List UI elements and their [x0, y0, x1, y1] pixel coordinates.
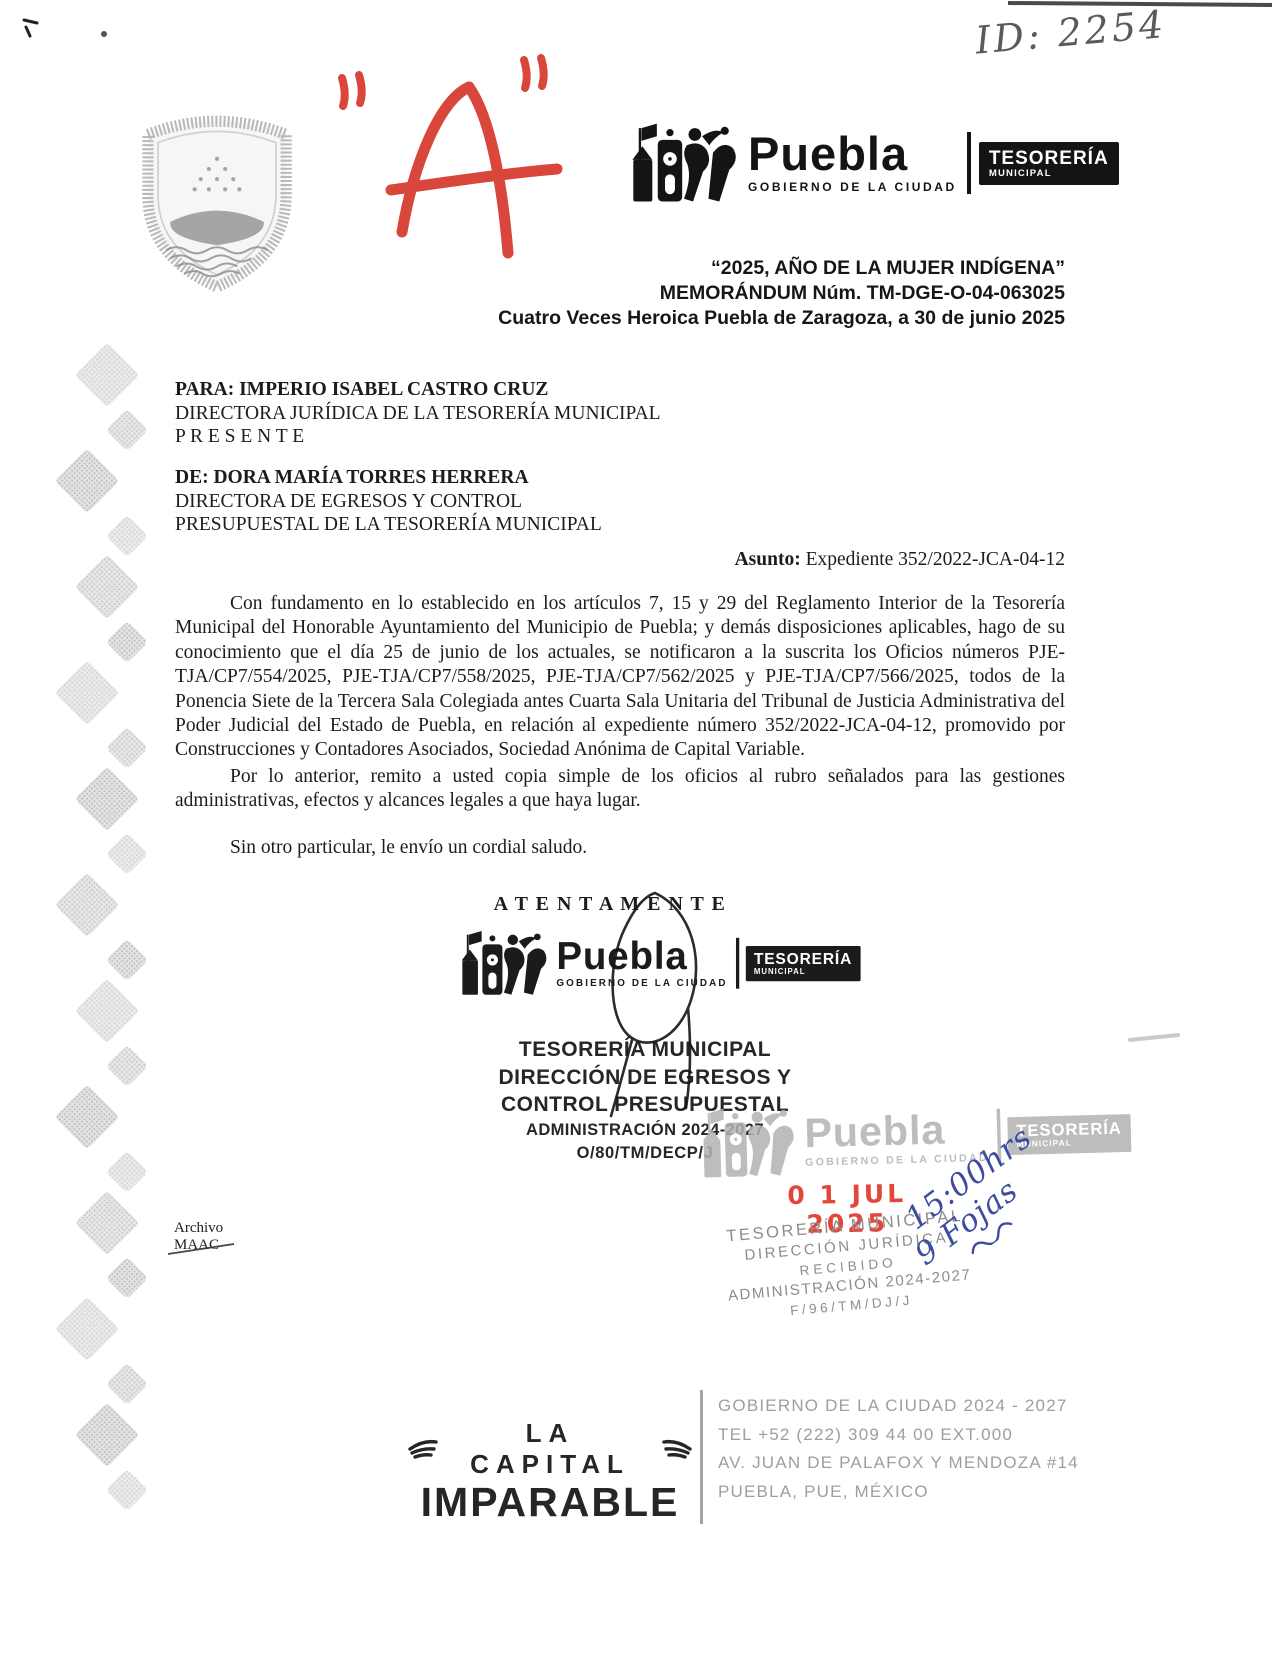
ornament-diamond [74, 1190, 139, 1255]
tesoreria-box: TESORERÍA MUNICIPAL [979, 142, 1119, 185]
puebla-logo-stamp: Puebla GOBIERNO DE LA CIUDAD TESORERÍA M… [458, 928, 860, 999]
handwritten-id-note: ID: 2254 [974, 0, 1267, 63]
ornament-diamond [74, 554, 139, 619]
subject-label: Asunto: [735, 549, 801, 570]
scanned-memo-page: Puebla GOBIERNO DE LA CIUDAD TESORERÍA M… [0, 0, 1272, 1658]
capital-line-1: LA CAPITAL [443, 1418, 657, 1480]
capital-imparable-logo: LA CAPITAL IMPARABLE [408, 1418, 692, 1524]
ornament-diamond [74, 342, 139, 407]
body-paragraph-1: Con fundamento en lo establecido en los … [175, 592, 1065, 763]
body-paragraph-3: Sin otro particular, le envío un cordial… [175, 836, 1065, 860]
puebla-logo-icons [698, 1103, 799, 1181]
archive-note: Archivo MAAC [174, 1220, 223, 1254]
ornament-diamond [54, 872, 119, 937]
ornament-diamond [106, 409, 148, 451]
footer-line-4: PUEBLA, PUE, MÉXICO [718, 1478, 1138, 1507]
ornament-diamond [54, 1084, 119, 1149]
ornament-diamond [106, 727, 148, 769]
tesoreria-label: TESORERÍA [989, 149, 1109, 168]
memo-number-line: MEMORÁNDUM Núm. TM-DGE-O-04-063025 [345, 281, 1065, 306]
ornament-diamond [106, 621, 148, 663]
footer-divider [700, 1390, 703, 1524]
archive-line-2: MAAC [174, 1237, 223, 1254]
sender-title-1: DIRECTORA DE EGRESOS Y CONTROL [175, 490, 602, 514]
closing-atentamente: A T E N T A M E N T E [400, 893, 820, 916]
city-shield-crest [133, 106, 301, 294]
footer-line-1: GOBIERNO DE LA CIUDAD 2024 - 2027 [718, 1392, 1138, 1421]
municipal-label: MUNICIPAL [989, 168, 1109, 179]
capital-line-2: IMPARABLE [408, 1480, 692, 1524]
footer-address: GOBIERNO DE LA CIUDAD 2024 - 2027 TEL +5… [718, 1392, 1138, 1506]
wing-icon-left [408, 1438, 438, 1460]
ornament-diamond [106, 1363, 148, 1405]
place-date-line: Cuatro Veces Heroica Puebla de Zaragoza,… [345, 306, 1065, 331]
ornament-diamond [106, 1151, 148, 1193]
body-paragraph-2: Por lo anterior, remito a usted copia si… [175, 765, 1065, 814]
year-motto-line: “2025, AÑO DE LA MUJER INDÍGENA” [345, 256, 1065, 281]
logo-divider [967, 132, 971, 194]
ornament-diamond [74, 978, 139, 1043]
recipient-name: PARA: IMPERIO ISABEL CASTRO CRUZ [175, 378, 661, 402]
stamp-line-1: TESORERÍA MUNICIPAL [455, 1036, 835, 1064]
puebla-tagline: GOBIERNO DE LA CIUDAD [748, 180, 957, 194]
ornament-diamond [106, 939, 148, 981]
subject-value: Expediente 352/2022-JCA-04-12 [801, 549, 1065, 570]
ornament-diamond [106, 515, 148, 557]
ornament-diamond [54, 660, 119, 725]
footer-line-2: TEL +52 (222) 309 44 00 EXT.000 [718, 1421, 1138, 1450]
stamp-line-2: DIRECCIÓN DE EGRESOS Y [455, 1064, 835, 1092]
ornament-diamond [106, 833, 148, 875]
footer-line-3: AV. JUAN DE PALAFOX Y MENDOZA #14 [718, 1449, 1138, 1478]
ornament-diamond [54, 448, 119, 513]
recipient-block: PARA: IMPERIO ISABEL CASTRO CRUZ DIRECTO… [175, 378, 661, 449]
sender-title-2: PRESUPUESTAL DE LA TESORERÍA MUNICIPAL [175, 513, 602, 537]
puebla-brand-text: Puebla [748, 132, 908, 176]
ornament-diamond [106, 1469, 148, 1511]
puebla-logo-icons [458, 928, 550, 999]
wing-icon-right [662, 1438, 692, 1460]
ornament-diamond [74, 766, 139, 831]
memo-header: “2025, AÑO DE LA MUJER INDÍGENA” MEMORÁN… [345, 256, 1065, 331]
ornament-diamond [106, 1045, 148, 1087]
puebla-logo-icons [628, 120, 740, 206]
sender-block: DE: DORA MARÍA TORRES HERRERA DIRECTORA … [175, 466, 602, 537]
ornament-diamond [74, 1402, 139, 1467]
archive-line-1: Archivo [174, 1220, 223, 1237]
left-ornament-column [56, 352, 156, 1532]
recipient-presente: P R E S E N T E [175, 425, 661, 449]
ornament-diamond [54, 1296, 119, 1361]
recipient-title: DIRECTORA JURÍDICA DE LA TESORERÍA MUNIC… [175, 402, 661, 426]
puebla-logo-header: Puebla GOBIERNO DE LA CIUDAD TESORERÍA M… [628, 120, 1119, 206]
sender-name: DE: DORA MARÍA TORRES HERRERA [175, 466, 602, 490]
ornament-diamond [106, 1257, 148, 1299]
grade-mark-annotation [342, 58, 557, 253]
subject-line: Asunto: Expediente 352/2022-JCA-04-12 [465, 549, 1065, 571]
